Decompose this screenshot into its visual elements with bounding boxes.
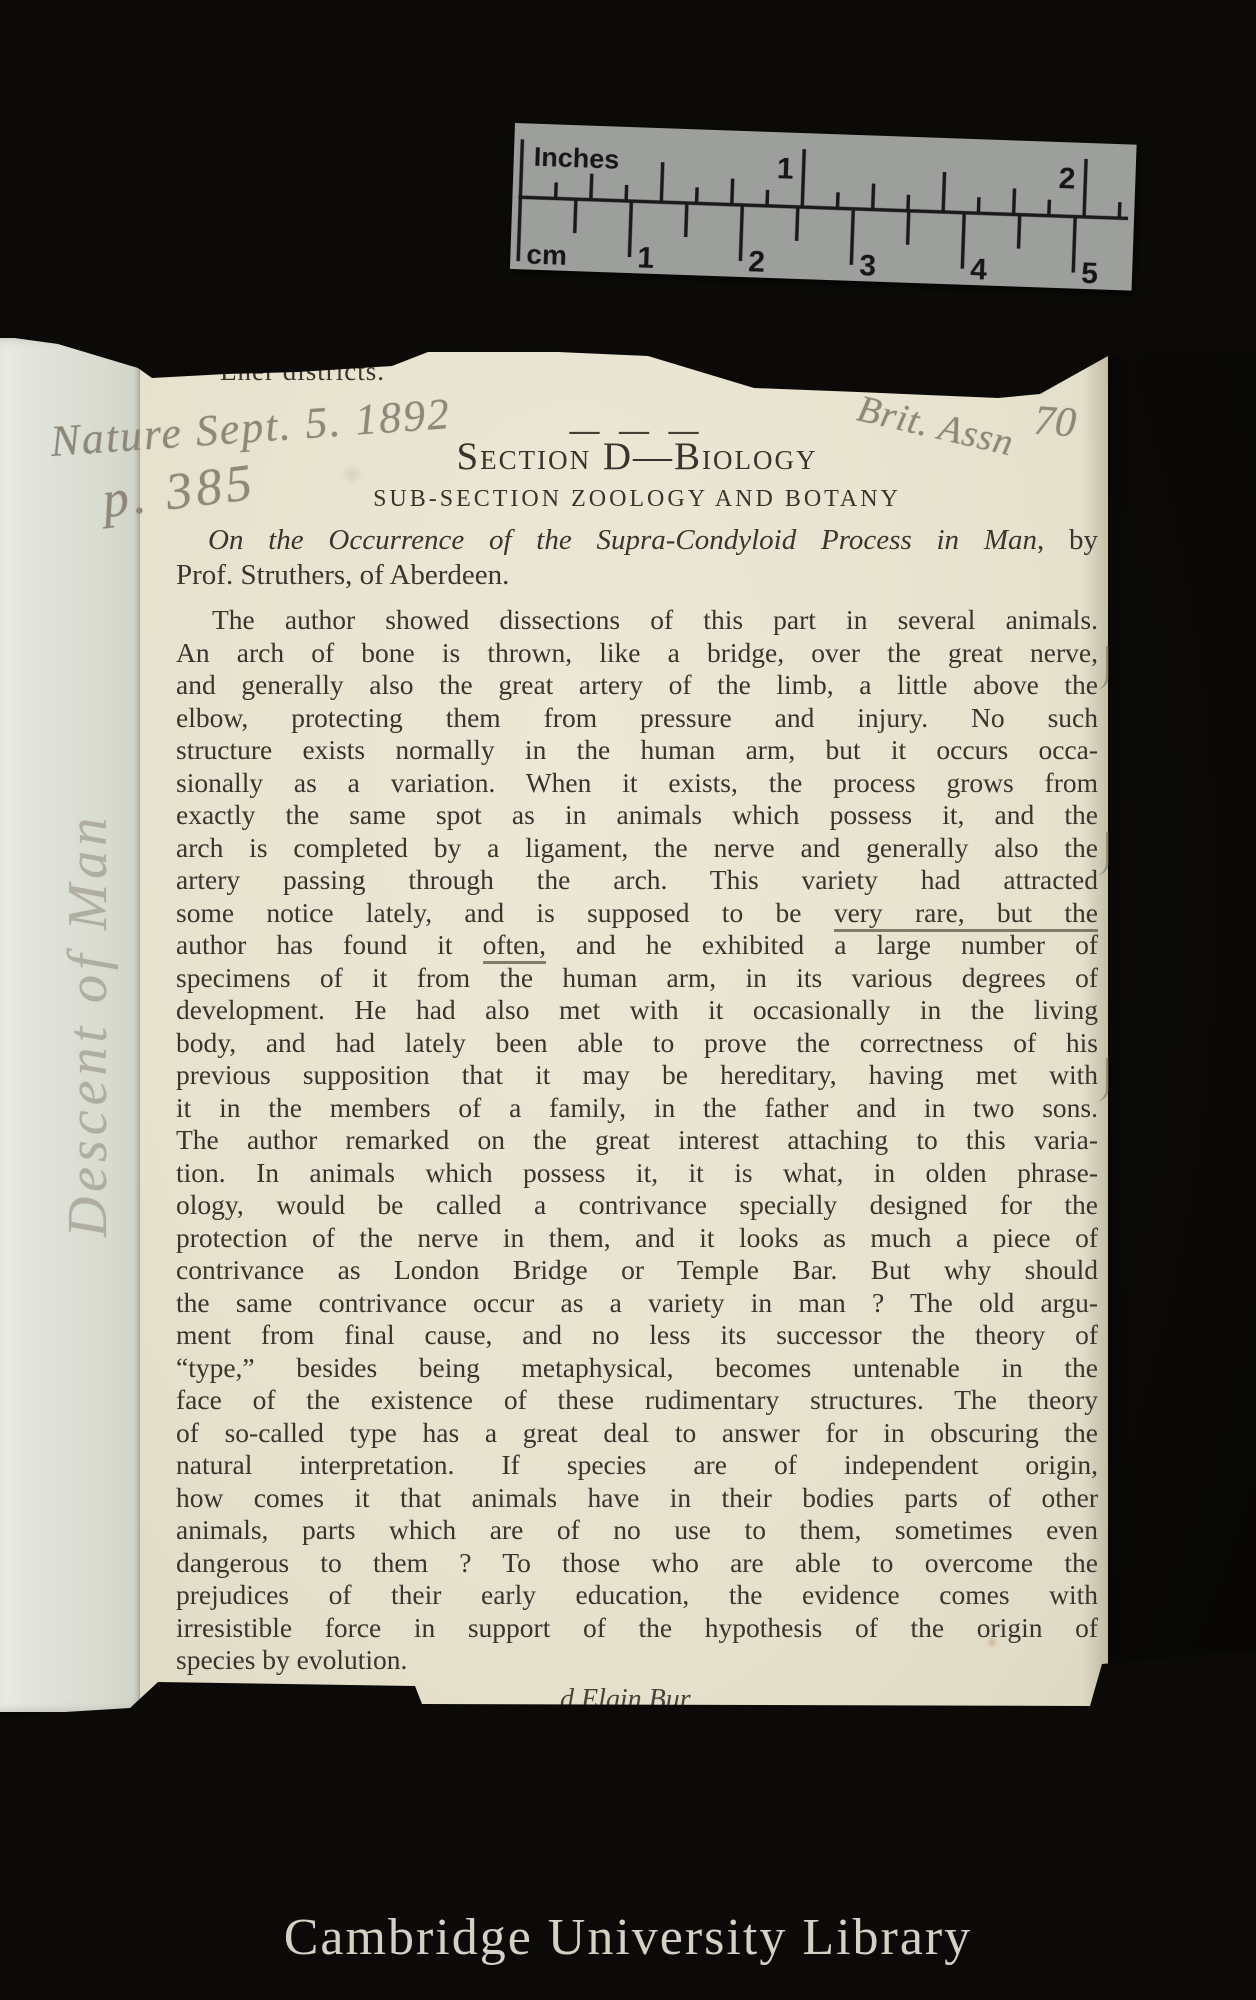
ruler-tick (908, 195, 909, 211)
ruler-number: 1 (637, 241, 655, 275)
article-line: development. He had also met with it occ… (176, 994, 1098, 1027)
ruler-tick (837, 192, 838, 208)
article-line: ment from final cause, and no less its s… (176, 1319, 1098, 1352)
ruler-tick (686, 203, 687, 237)
article-line: the same contrivance occur as a variety … (176, 1287, 1098, 1320)
article-title-line: On the Occurrence of the Supra-Condyloid… (176, 524, 1098, 557)
ruler-cm-label: cm (526, 238, 568, 270)
article-line-segment: author has found it (176, 929, 483, 960)
article-line: sionally as a variation. When it exists,… (176, 767, 1098, 800)
article-title-suffix: , by (1037, 524, 1098, 556)
ruler-tick (740, 205, 742, 261)
article-line-segment: some notice lately, and is supposed to b… (176, 897, 834, 928)
pencil-note-number: 70 (1032, 397, 1077, 448)
article-line: An arch of bone is thrown, like a bridge… (176, 637, 1098, 670)
subsection-heading: SUB-SECTION ZOOLOGY AND BOTANY (176, 486, 1098, 513)
pencil-note-margin-vertical: Descent of Man (59, 785, 117, 1265)
ruler-number: 2 (748, 245, 766, 279)
article-line: prejudices of their early education, the… (176, 1579, 1098, 1612)
article-line: “type,” besides being metaphysical, beco… (176, 1352, 1098, 1385)
ruler-number: 5 (1081, 257, 1099, 291)
pencil-underline: very rare, but the (834, 897, 1098, 932)
ruler-tick (797, 207, 798, 241)
pencil-underline: often, (483, 929, 546, 964)
ruler-tick (626, 185, 627, 201)
ruler-number: 2 (1058, 162, 1076, 196)
article-line: of so-called type has a great deal to an… (176, 1417, 1098, 1450)
article-line: protection of the nerve in them, and it … (176, 1222, 1098, 1255)
measurement-ruler: Inches cm 1212345 (510, 123, 1137, 291)
ruler-tick (962, 213, 964, 269)
article-line: dangerous to them ? To those who are abl… (176, 1547, 1098, 1580)
article-line: natural interpretation. If species are o… (176, 1449, 1098, 1482)
article-line: exactly the same spot as in animals whic… (176, 799, 1098, 832)
ruler-number: 1 (776, 152, 794, 186)
article-line: artery passing through the arch. This va… (176, 864, 1098, 897)
article-line: author has found it often, and he exhibi… (176, 929, 1098, 962)
ruler-tick (591, 174, 592, 200)
ruler-tick (732, 179, 733, 205)
article-line: The author remarked on the great interes… (176, 1124, 1098, 1157)
newspaper-clipping: Ener districts. — — — Section D—Biology … (140, 352, 1108, 1712)
article-line: specimens of it from the human arm, in i… (176, 962, 1098, 995)
article-line: species by evolution. (176, 1644, 1098, 1677)
ruler-tick (575, 199, 576, 233)
article-line: arch is completed by a ligament, the ner… (176, 832, 1098, 865)
ruler-tick (1019, 215, 1020, 249)
ruler-tick (1073, 217, 1075, 273)
ruler-tick (556, 182, 557, 198)
article-line: elbow, protecting them from pressure and… (176, 702, 1098, 735)
ruler-tick (908, 211, 909, 245)
ruler-tick (629, 201, 631, 257)
ruler-tick (943, 172, 944, 212)
ruler-tick (767, 190, 768, 206)
article-line: animals, parts which are of no use to th… (176, 1514, 1098, 1547)
ruler-tick (873, 184, 874, 210)
article-body: The author showed dissections of this pa… (176, 604, 1098, 1677)
article-author-line: Prof. Struthers, of Aberdeen. (176, 559, 1098, 592)
pencil-margin-mark (1094, 646, 1109, 690)
ruler-number: 3 (859, 249, 877, 283)
article-line: irresistible force in support of the hyp… (176, 1612, 1098, 1645)
article-line: ology, would be called a contrivance spe… (176, 1189, 1098, 1222)
article-line: tion. In animals which possess it, it is… (176, 1157, 1098, 1190)
ruler-tick (1119, 202, 1120, 218)
article-line: face of the existence of these rudimenta… (176, 1384, 1098, 1417)
pencil-margin-mark (1094, 832, 1109, 876)
library-scan-canvas: Ener districts. — — — Section D—Biology … (0, 0, 1256, 2000)
article-line: some notice lately, and is supposed to b… (176, 897, 1098, 930)
article-line: how comes it that animals have in their … (176, 1482, 1098, 1515)
library-caption: Cambridge University Library (0, 1908, 1256, 1967)
article-line: previous supposition that it may be here… (176, 1059, 1098, 1092)
ruler-tick (978, 197, 979, 213)
article-line: contrivance as London Bridge or Temple B… (176, 1254, 1098, 1287)
article-line: structure exists normally in the human a… (176, 734, 1098, 767)
ruler-tick (697, 187, 698, 203)
pencil-margin-mark (1094, 1058, 1109, 1102)
article-line: The author showed dissections of this pa… (176, 604, 1098, 637)
ruler-tick (802, 149, 804, 207)
ruler-tick (661, 162, 662, 202)
ruler-inches-label: Inches (533, 142, 620, 175)
article-line: and generally also the great artery of t… (176, 669, 1098, 702)
ruler-tick (1049, 200, 1050, 216)
ruler-number: 4 (970, 253, 988, 287)
article-line-segment: and he exhibited a large number of (546, 929, 1098, 960)
ruler-tick (851, 209, 853, 265)
article-line: body, and had lately been able to prove … (176, 1027, 1098, 1060)
article-title-italic: On the Occurrence of the Supra-Condyloid… (208, 524, 1037, 556)
ruler-tick (1084, 159, 1086, 217)
article-line: it in the members of a family, in the fa… (176, 1092, 1098, 1125)
ruler-tick (1014, 188, 1015, 214)
